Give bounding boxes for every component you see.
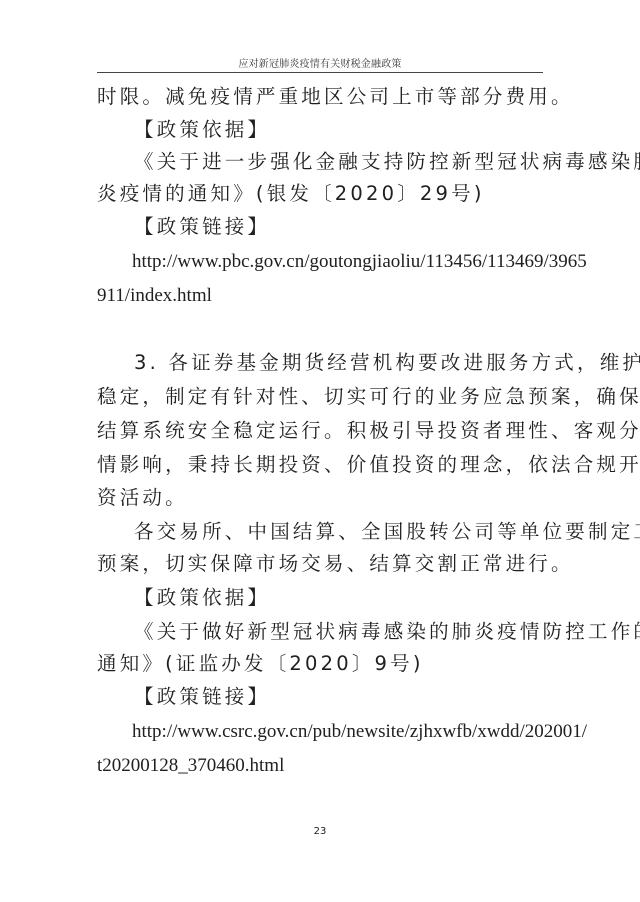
- section-label-policy-basis: 【政策依据】: [134, 581, 584, 615]
- text-line: 资活动。: [97, 481, 547, 515]
- page-number: 23: [0, 826, 640, 837]
- text-line: 稳定，制定有针对性、切实可行的业务应急预案，确保交易: [97, 380, 547, 414]
- section-label-policy-basis: 【政策依据】: [134, 113, 584, 147]
- section-label-policy-link: 【政策链接】: [134, 680, 584, 714]
- policy-link-url[interactable]: http://www.csrc.gov.cn/pub/newsite/zjhxw…: [132, 715, 582, 749]
- header-divider: [97, 72, 543, 73]
- policy-link-url[interactable]: http://www.pbc.gov.cn/goutongjiaoliu/113…: [132, 245, 582, 279]
- text-line: 结算系统安全稳定运行。积极引导投资者理性、客观分析疫: [97, 414, 547, 448]
- text-line: 《关于做好新型冠状病毒感染的肺炎疫情防控工作的: [134, 615, 584, 649]
- section-label-policy-link: 【政策链接】: [134, 210, 584, 244]
- text-line: 炎疫情的通知》(银发〔2020〕29号): [97, 177, 547, 211]
- text-line: 时限。减免疫情严重地区公司上市等部分费用。: [97, 80, 547, 114]
- text-line: 预案，切实保障市场交易、结算交割正常进行。: [97, 547, 547, 581]
- text-line: 情影响，秉持长期投资、价值投资的理念，依法合规开展投: [97, 448, 547, 482]
- policy-link-url[interactable]: 911/index.html: [97, 279, 547, 313]
- text-line: 各交易所、中国结算、全国股转公司等单位要制定工作: [134, 515, 584, 549]
- text-line: 《关于进一步强化金融支持防控新型冠状病毒感染肺: [134, 145, 584, 179]
- policy-link-url[interactable]: t20200128_370460.html: [97, 749, 547, 783]
- text-line: 通知》(证监办发〔2020〕9号): [97, 647, 547, 681]
- text-line: 3. 各证券基金期货经营机构要改进服务方式，维护业务: [134, 346, 584, 380]
- header-title: 应对新冠肺炎疫情有关财税金融政策: [97, 55, 543, 70]
